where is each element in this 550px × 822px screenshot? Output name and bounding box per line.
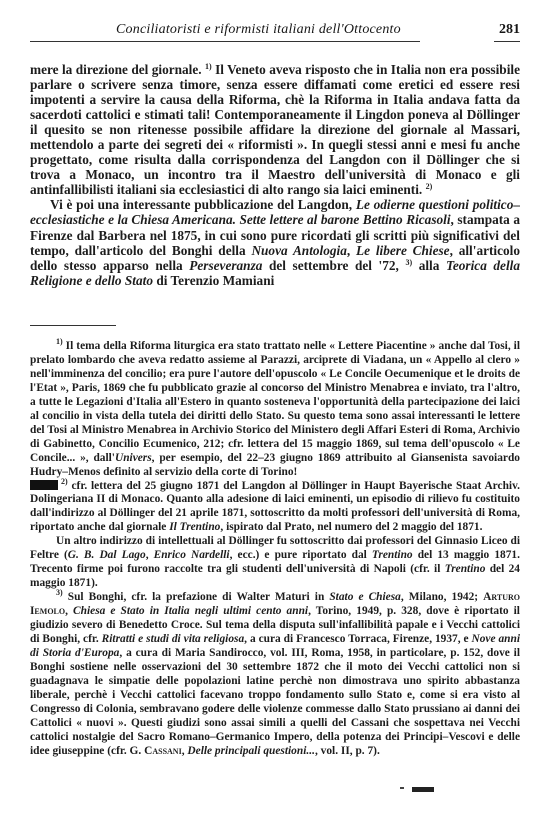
text-run: Sul Bonghi, cfr. la prefazione di Walter…	[63, 591, 330, 603]
italic-title: Trentino	[445, 563, 486, 575]
text-run: ,	[347, 243, 356, 258]
main-text: mere la direzione del giornale. 1) Il Ve…	[30, 62, 520, 288]
redaction-mark	[30, 480, 58, 490]
text-run: del settembre del '72,	[262, 258, 405, 273]
footnotes: 1) Il tema della Riforma liturgica era s…	[30, 340, 520, 759]
author-name: Cassani	[144, 745, 182, 757]
text-run: mere la direzione del giornale.	[30, 62, 205, 77]
footnote-paragraph: Un altro indirizzo di intellettuali al D…	[30, 535, 520, 591]
italic-title: Nuova Antologia	[251, 243, 346, 258]
text-run: alla	[412, 258, 446, 273]
text-run: ,	[146, 549, 154, 561]
book-page: Conciliatoristi e riformisti italiani de…	[0, 0, 550, 822]
body-paragraph: Vi è poi una interessante pubblicazione …	[30, 197, 520, 287]
print-smudge	[412, 787, 434, 792]
text-run: , vol. II, p. 7).	[315, 745, 380, 757]
body-paragraph: mere la direzione del giornale. 1) Il Ve…	[30, 62, 520, 197]
italic-title: Enrico Nardelli	[154, 549, 230, 561]
header-rule	[30, 41, 420, 42]
running-title: Conciliatoristi e riformisti italiani de…	[116, 22, 401, 38]
italic-title: Il Trentino	[169, 521, 220, 533]
print-smudge	[400, 787, 404, 789]
italic-title: G. B. Dal Lago	[68, 549, 146, 561]
italic-title: Le libere Chiese	[356, 243, 450, 258]
text-run: , ecc.) e pure riportato dal	[230, 549, 372, 561]
page-number-rule	[494, 41, 520, 42]
italic-title: Delle principali questioni...	[187, 745, 315, 757]
text-run: Il Veneto aveva risposto che in Italia n…	[30, 62, 520, 197]
text-run: di Terenzio Mamiani	[153, 273, 274, 288]
footnote-paragraph: 3) Sul Bonghi, cfr. la prefazione di Wal…	[30, 591, 520, 758]
footnote-marker: 1)	[56, 337, 63, 346]
footnote-separator	[30, 325, 116, 326]
text-run: , Milano, 1942;	[401, 591, 483, 603]
footnote-marker: 2)	[61, 477, 68, 486]
footnote-marker: 3)	[56, 588, 63, 597]
text-run: , a cura di Maria Sandirocco, vol. III, …	[30, 647, 520, 757]
italic-title: Univers	[115, 452, 152, 464]
page-header: Conciliatoristi e riformisti italiani de…	[30, 22, 520, 44]
footnote-paragraph: 1) Il tema della Riforma liturgica era s…	[30, 340, 520, 480]
text-run: , ispirato dal Prato, nel numero del 2 m…	[220, 521, 482, 533]
italic-title: Trentino	[372, 549, 413, 561]
text-run: , a cura di Francesco Torraca, Firenze, …	[244, 633, 471, 645]
italic-title: Perseveranza	[189, 258, 262, 273]
text-run: ,	[65, 605, 73, 617]
footnote-marker: 1)	[205, 62, 212, 71]
footnote-marker: 2)	[426, 182, 433, 191]
italic-title: Stato e Chiesa	[329, 591, 401, 603]
italic-title: Chiesa e Stato in Italia negli ultimi ce…	[73, 605, 308, 617]
page-number: 281	[499, 22, 520, 38]
footnote-paragraph: 2) cfr. lettera del 25 giugno 1871 del L…	[30, 480, 520, 536]
text-run: Il tema della Riforma liturgica era stat…	[30, 340, 520, 464]
text-run: Vi è poi una interessante pubblicazione …	[50, 197, 356, 212]
italic-title: Ritratti e studi di vita religiosa	[102, 633, 245, 645]
